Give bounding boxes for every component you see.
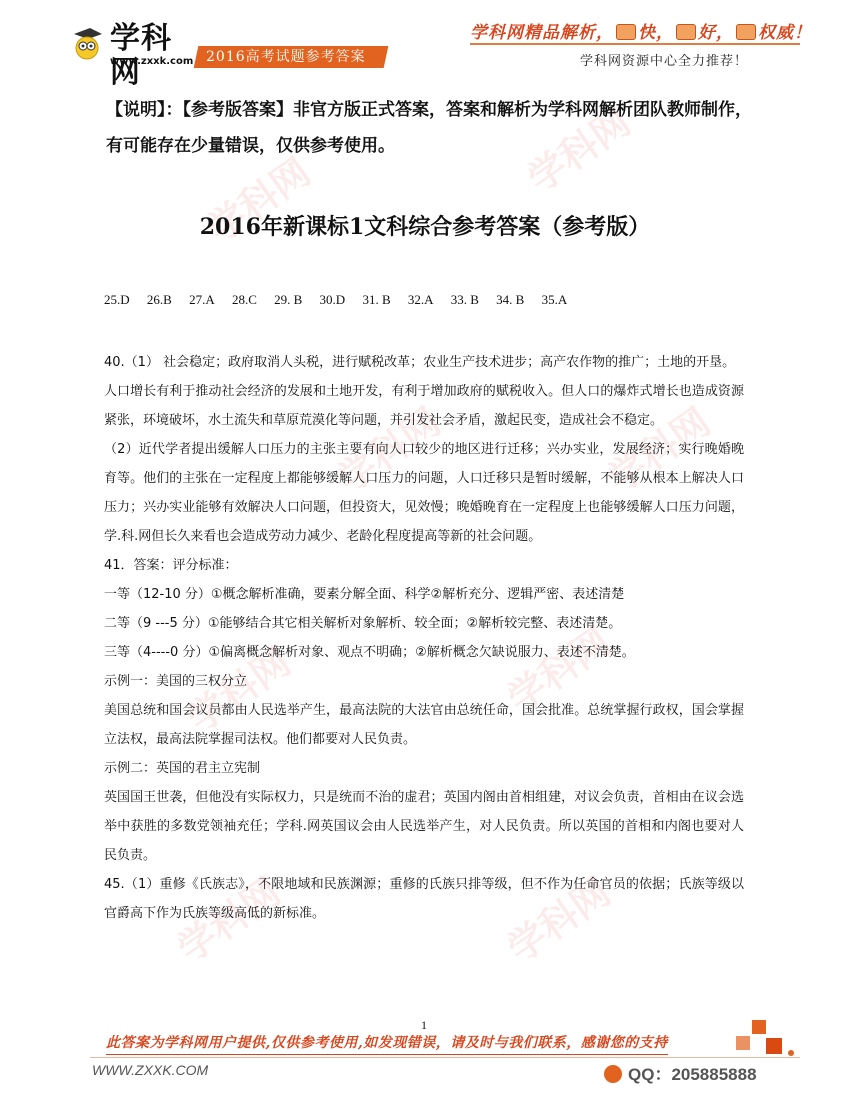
decor-square [752, 1020, 766, 1034]
answer-item: 33. B [451, 292, 479, 307]
logo-url: www.zxxk.com [110, 56, 193, 67]
qq-icon [604, 1065, 622, 1083]
footer-url: WWW.ZXXK.COM [92, 1062, 208, 1078]
slogan-part: 好， [698, 23, 734, 43]
footer-note: 此答案为学科网用户提供,仅供参考使用,如发现错误，请及时与我们联系，感谢您的支持 [106, 1032, 668, 1055]
recommend-text: 学科网资源中心全力推荐！ [580, 50, 748, 69]
paragraph: 英国国王世袭，但他没有实际权力，只是统而不治的虚君；英国内阁由首相组建，对议会负… [104, 783, 744, 870]
divider [470, 43, 800, 45]
page-header: 学科网 www.zxxk.com 2016高考试题参考答案 学科网精品解析，快，… [0, 0, 850, 80]
decor-square [766, 1038, 782, 1054]
answer-body: 40.（1） 社会稳定；政府取消人头税，进行赋税改革；农业生产技术进步；高产农作… [104, 348, 744, 928]
answer-item: 30.D [320, 292, 346, 307]
qq-number: QQ：205885888 [628, 1065, 757, 1084]
thumbs-up-icon [616, 24, 636, 40]
paragraph: 示例一：美国的三权分立 [104, 667, 744, 696]
thumbs-up-icon [736, 24, 756, 40]
answer-item: 31. B [362, 292, 390, 307]
mascot-icon [72, 26, 104, 62]
answer-item: 35.A [542, 292, 568, 307]
decor-dot [788, 1050, 794, 1056]
slogan: 学科网精品解析，快，好，权威！ [470, 18, 812, 43]
paragraph: 三等（4----0 分）①偏离概念解析对象、观点不明确；②解析概念欠缺说服力、表… [104, 638, 744, 667]
paragraph: （2）近代学者提出缓解人口压力的主张主要有向人口较少的地区进行迁移；兴办实业，发… [104, 435, 744, 551]
qq-contact: QQ：205885888 [604, 1060, 757, 1085]
answer-item: 25.D [104, 292, 130, 307]
decor-square [736, 1036, 750, 1050]
paragraph: 示例二：英国的君主立宪制 [104, 754, 744, 783]
answer-item: 32.A [408, 292, 434, 307]
paragraph: 二等（9 ---5 分）①能够结合其它相关解析对象解析、较全面；②解析较完整、表… [104, 609, 744, 638]
slogan-part: 权威！ [758, 23, 812, 43]
notice: 【说明】：【参考版答案】非官方版正式答案，答案和解析为学科网解析团队教师制作，有… [106, 92, 756, 164]
answer-item: 29. B [274, 292, 302, 307]
answer-item: 27.A [189, 292, 215, 307]
paragraph: 40.（1） 社会稳定；政府取消人头税，进行赋税改革；农业生产技术进步；高产农作… [104, 348, 744, 377]
logo: 学科网 www.zxxk.com [72, 20, 192, 72]
divider [90, 1057, 800, 1058]
page-title: 2016年新课标1文科综合参考答案（参考版） [0, 210, 850, 241]
answer-item: 28.C [232, 292, 257, 307]
paragraph: 41．答案：评分标准： [104, 551, 744, 580]
paragraph: 一等（12-10 分）①概念解析准确，要素分解全面、科学②解析充分、逻辑严密、表… [104, 580, 744, 609]
paragraph: 人口增长有利于推动社会经济的发展和土地开发，有利于增加政府的赋税收入。但人口的爆… [104, 377, 744, 435]
paragraph: 美国总统和国会议员都由人民选举产生，最高法院的大法官由总统任命，国会批准。总统掌… [104, 696, 744, 754]
answer-item: 26.B [147, 292, 172, 307]
paragraph: 45.（1）重修《氏族志》，不限地域和民族渊源；重修的氏族只排等级，但不作为任命… [104, 870, 744, 928]
answer-list: 25.D 26.B 27.A 28.C 29. B 30.D 31. B 32.… [104, 292, 581, 308]
slogan-part: 学科网精品解析， [470, 23, 614, 43]
thumbs-up-icon [676, 24, 696, 40]
page-number: 1 [421, 1018, 427, 1033]
slogan-part: 快， [638, 23, 674, 43]
banner-text: 2016高考试题参考答案 [206, 46, 386, 68]
answer-item: 34. B [496, 292, 524, 307]
